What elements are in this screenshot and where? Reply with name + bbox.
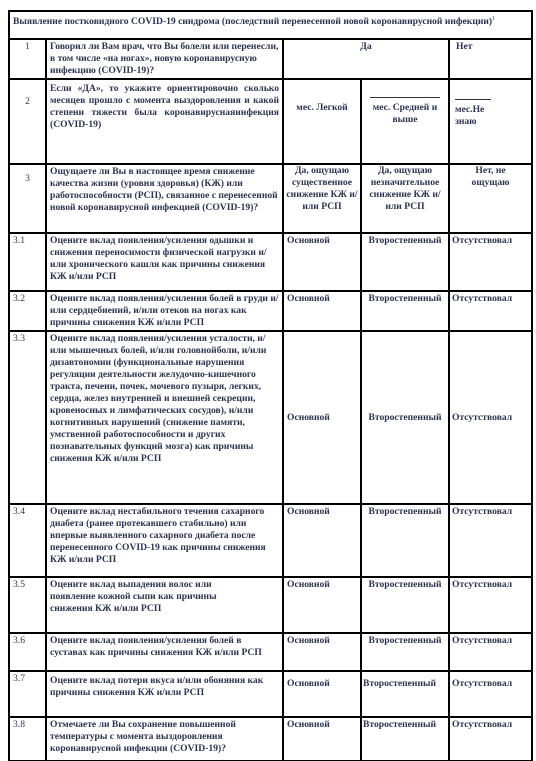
answer-absent[interactable]: Отсутствовал [449, 331, 532, 504]
months-blank-line [455, 99, 491, 100]
answer-absent[interactable]: Отсутствовал [449, 633, 532, 671]
answer-primary[interactable]: Основной [283, 717, 361, 761]
question-row-1: 1 Говорил ли Вам врач, что Вы болели или… [9, 39, 532, 79]
row-number: 3.5 [9, 577, 46, 633]
answer-mild[interactable]: мес. Легкой [283, 79, 361, 164]
subquestion-row-3-4: 3.4 Оцените вклад нестабильного течения … [9, 504, 532, 577]
subquestion-row-3-6: 3.6 Оцените вклад появления/усиления бол… [9, 633, 532, 671]
form-title: Выявление постковидного COVID-19 синдром… [9, 11, 532, 39]
answer-secondary[interactable]: Второстепенный [361, 291, 449, 331]
answer-absent[interactable]: Отсутствовал [449, 577, 532, 633]
answer-primary[interactable]: Основной [283, 577, 361, 633]
question-text: Оцените вклад появления/усиления болей в… [46, 633, 283, 671]
row-number: 3.3 [9, 331, 46, 504]
answer-no[interactable]: Нет [449, 39, 532, 79]
row-number: 2 [9, 79, 46, 164]
form-title-text: Выявление постковидного COVID-19 синдром… [13, 16, 492, 27]
answer-secondary[interactable]: Второстепенный [361, 717, 449, 761]
answer-secondary[interactable]: Второстепенный [361, 331, 449, 504]
row-number: 3 [9, 164, 46, 233]
row-number: 3.4 [9, 504, 46, 577]
question-text: Отмечаете ли Вы сохранение повышенной те… [46, 717, 283, 761]
months-blank-line [370, 97, 440, 98]
question-text: Оцените вклад нестабильного течения саха… [46, 504, 283, 577]
answer-moderate[interactable]: мес. Средней и выше [361, 79, 449, 164]
title-row: Выявление постковидного COVID-19 синдром… [9, 11, 532, 39]
answer-absent[interactable]: Отсутствовал [449, 504, 532, 577]
question-text: Оцените вклад появления/усиления болей в… [46, 291, 283, 331]
answer-secondary[interactable]: Второстепенный [361, 633, 449, 671]
row-number: 3.7 [9, 671, 46, 717]
question-row-2: 2 Если «ДА», то укажите ориентировочно с… [9, 79, 532, 164]
answer-primary[interactable]: Основной [283, 233, 361, 291]
answer-secondary[interactable]: Второстепенный [361, 233, 449, 291]
question-text: Ощущаете ли Вы в настоящее время снижени… [46, 164, 283, 233]
answer-significant-decrease[interactable]: Да, ощущаю существенное снижение КЖ и/ил… [283, 164, 361, 233]
subquestion-row-3-5: 3.5 Оцените вклад выпадения волос или по… [9, 577, 532, 633]
answer-minor-decrease[interactable]: Да, ощущаю незначительное снижение КЖ и/… [361, 164, 449, 233]
question-row-3: 3 Ощущаете ли Вы в настоящее время сниже… [9, 164, 532, 233]
answer-primary[interactable]: Основной [283, 331, 361, 504]
answer-primary[interactable]: Основной [283, 291, 361, 331]
subquestion-row-3-7: 3.7 Оцените вклад потери вкуса и/или обо… [9, 671, 532, 717]
answer-primary[interactable]: Основной [283, 633, 361, 671]
subquestion-row-3-2: 3.2 Оцените вклад появления/усиления бол… [9, 291, 532, 331]
answer-yes[interactable]: Да [283, 39, 449, 79]
row-number: 3.2 [9, 291, 46, 331]
answer-mild-label: мес. Легкой [296, 102, 347, 113]
answer-unknown-label: мес.Не знаю [455, 104, 495, 128]
subquestion-row-3-3: 3.3 Оцените вклад появления/усиления уст… [9, 331, 532, 504]
footnote-marker: 1 [492, 16, 495, 22]
answer-secondary[interactable]: Второстепенный [361, 671, 449, 717]
answer-primary[interactable]: Основной [283, 671, 361, 717]
answer-moderate-label: мес. Средней и выше [373, 102, 437, 125]
row-number: 1 [9, 39, 46, 79]
question-text: Говорил ли Вам врач, что Вы болели или п… [46, 39, 283, 79]
row-number: 3.6 [9, 633, 46, 671]
answer-unknown[interactable]: мес.Не знаю [449, 79, 532, 164]
answer-absent[interactable]: Отсутствовал [449, 291, 532, 331]
answer-no-decrease[interactable]: Нет, не ощущаю [449, 164, 532, 233]
question-text: Если «ДА», то укажите ориентировочно ско… [46, 79, 283, 164]
question-text: Оцените вклад появления/усиления усталос… [46, 331, 283, 504]
answer-absent[interactable]: Отсутствовал [449, 233, 532, 291]
answer-absent[interactable]: Отсутствовал [449, 671, 532, 717]
row-number: 3.8 [9, 717, 46, 761]
subquestion-row-3-8: 3.8 Отмечаете ли Вы сохранение повышенно… [9, 717, 532, 761]
answer-secondary[interactable]: Второстепенный [361, 504, 449, 577]
question-text: Оцените вклад потери вкуса и/или обоняни… [46, 671, 283, 717]
answer-absent[interactable]: Отсутствовал [449, 717, 532, 761]
covid-questionnaire-table: Выявление постковидного COVID-19 синдром… [8, 10, 533, 761]
answer-secondary[interactable]: Второстепенный [361, 577, 449, 633]
question-text: Оцените вклад выпадения волос или появле… [46, 577, 283, 633]
answer-primary[interactable]: Основной [283, 504, 361, 577]
subquestion-row-3-1: 3.1 Оцените вклад появления/усиления оды… [9, 233, 532, 291]
question-text: Оцените вклад появления/усиления одышки … [46, 233, 283, 291]
row-number: 3.1 [9, 233, 46, 291]
